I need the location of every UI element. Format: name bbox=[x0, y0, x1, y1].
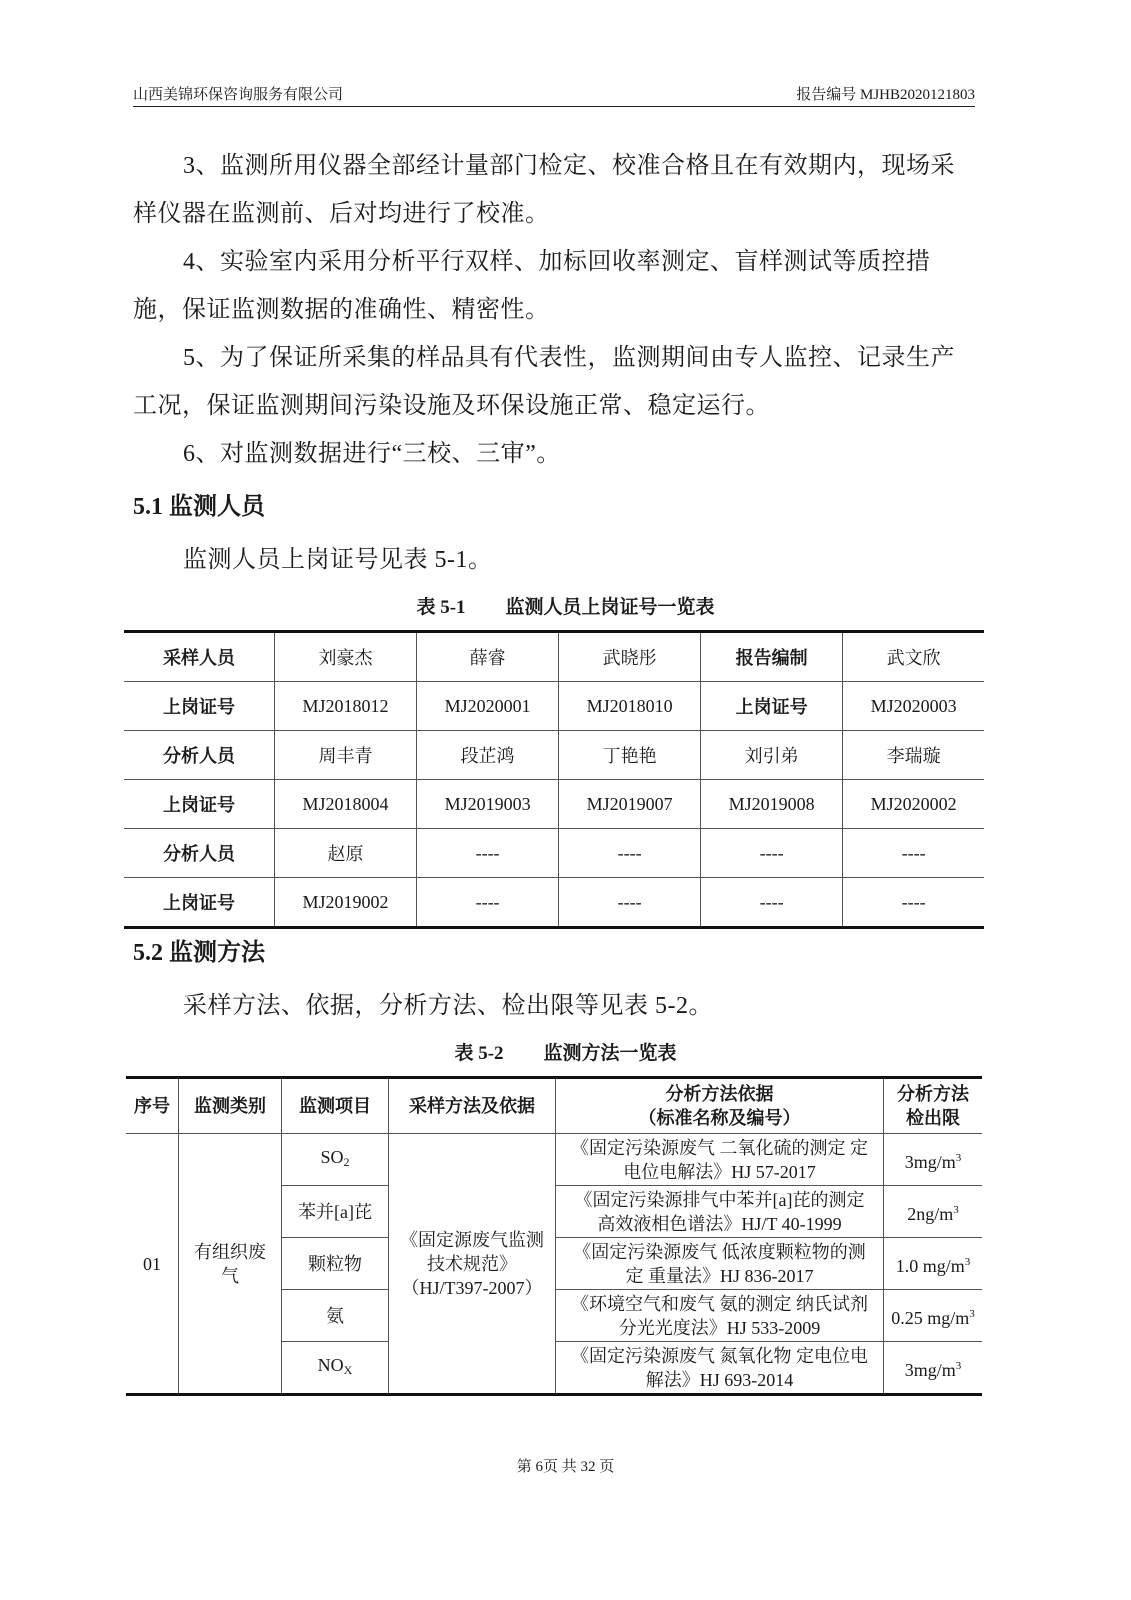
item-name: 颗粒物 bbox=[308, 1254, 362, 1274]
column-header-category: 监测类别 bbox=[179, 1078, 282, 1134]
paragraph-4: 4、实验室内采用分析平行双样、加标回收率测定、盲样测试等质控措施，保证监测数据的… bbox=[133, 238, 978, 334]
table-cell: MJ2018004 bbox=[275, 780, 417, 829]
item-cell: 氨 bbox=[282, 1290, 389, 1342]
report-number: 报告编号 MJHB2020121803 bbox=[796, 83, 975, 104]
paragraph-6: 6、对监测数据进行“三校、三审”。 bbox=[133, 430, 978, 478]
limit-superscript: 3 bbox=[969, 1308, 975, 1320]
column-header-seq: 序号 bbox=[126, 1078, 179, 1134]
table-cell: 上岗证号 bbox=[124, 682, 275, 731]
table-cell: 武晓彤 bbox=[559, 632, 701, 682]
table-cell: MJ2020001 bbox=[417, 682, 559, 731]
item-subscript: 2 bbox=[344, 1155, 350, 1169]
column-header-item: 监测项目 bbox=[282, 1078, 389, 1134]
table-5-2-caption: 表 5-2监测方法一览表 bbox=[0, 1038, 1131, 1065]
limit-superscript: 3 bbox=[956, 1360, 962, 1372]
item-subscript: X bbox=[344, 1363, 353, 1377]
table-cell: 武文欣 bbox=[843, 632, 984, 682]
page-footer: 第 6页 共 32 页 bbox=[0, 1455, 1131, 1476]
table-cell: MJ2018012 bbox=[275, 682, 417, 731]
limit-cell: 3mg/m3 bbox=[884, 1342, 983, 1395]
table-cell: 刘豪杰 bbox=[275, 632, 417, 682]
table-row: 01 有组织废气 SO2 《固定源废气监测技术规范》（HJ/T397-2007）… bbox=[126, 1134, 982, 1186]
item-cell: SO2 bbox=[282, 1134, 389, 1186]
table-number: 表 5-2 bbox=[454, 1043, 503, 1064]
table-cell: 薛睿 bbox=[417, 632, 559, 682]
table-cell: 上岗证号 bbox=[124, 780, 275, 829]
method-cell: 《固定污染源废气 二氧化硫的测定 定电位电解法》HJ 57-2017 bbox=[556, 1134, 884, 1186]
table-cell: ---- bbox=[417, 829, 559, 878]
table-number: 表 5-1 bbox=[416, 597, 465, 618]
limit-cell: 2ng/m3 bbox=[884, 1186, 983, 1238]
paragraph-5: 5、为了保证所采集的样品具有代表性，监测期间由专人监控、记录生产工况，保证监测期… bbox=[133, 334, 978, 430]
table-cell: MJ2019002 bbox=[275, 878, 417, 928]
table-cell: 李瑞璇 bbox=[843, 731, 984, 780]
table-cell: ---- bbox=[559, 829, 701, 878]
method-cell: 《环境空气和废气 氨的测定 纳氏试剂分光光度法》HJ 533-2009 bbox=[556, 1290, 884, 1342]
item-name: NO bbox=[318, 1355, 344, 1375]
table-cell: MJ2019003 bbox=[417, 780, 559, 829]
column-header-sampling: 采样方法及依据 bbox=[389, 1078, 556, 1134]
table-row: 上岗证号 MJ2018012 MJ2020001 MJ2018010 上岗证号 … bbox=[124, 682, 984, 731]
table-row: 上岗证号 MJ2019002 ---- ---- ---- ---- bbox=[124, 878, 984, 928]
item-name: 苯并[a]芘 bbox=[298, 1202, 372, 1222]
analysis-header-line2: （标准名称及编号） bbox=[557, 1106, 882, 1130]
table-cell: 段芷鸿 bbox=[417, 731, 559, 780]
table-cell: 周丰青 bbox=[275, 731, 417, 780]
table-cell: 采样人员 bbox=[124, 632, 275, 682]
table-cell: 报告编制 bbox=[701, 632, 843, 682]
method-cell: 《固定污染源排气中苯并[a]芘的测定 高效液相色谱法》HJ/T 40-1999 bbox=[556, 1186, 884, 1238]
item-name: SO bbox=[320, 1147, 343, 1167]
column-header-analysis: 分析方法依据 （标准名称及编号） bbox=[556, 1078, 884, 1134]
item-name: 氨 bbox=[326, 1306, 344, 1326]
method-cell: 《固定污染源废气 氮氧化物 定电位电解法》HJ 693-2014 bbox=[556, 1342, 884, 1395]
table-cell: MJ2019007 bbox=[559, 780, 701, 829]
column-header-limit: 分析方法 检出限 bbox=[884, 1078, 983, 1134]
limit-superscript: 3 bbox=[953, 1204, 959, 1216]
table-cell: ---- bbox=[417, 878, 559, 928]
limit-value: 3mg/m bbox=[905, 1152, 956, 1172]
table-cell: ---- bbox=[559, 878, 701, 928]
table-cell: 丁艳艳 bbox=[559, 731, 701, 780]
item-cell: 苯并[a]芘 bbox=[282, 1186, 389, 1238]
table-row: 上岗证号 MJ2018004 MJ2019003 MJ2019007 MJ201… bbox=[124, 780, 984, 829]
methods-table: 序号 监测类别 监测项目 采样方法及依据 分析方法依据 （标准名称及编号） 分析… bbox=[126, 1076, 982, 1396]
table-header-row: 序号 监测类别 监测项目 采样方法及依据 分析方法依据 （标准名称及编号） 分析… bbox=[126, 1078, 982, 1134]
limit-header-line1: 分析方法 bbox=[885, 1082, 981, 1106]
table-cell: 上岗证号 bbox=[701, 682, 843, 731]
section-heading-5-1: 5.1 监测人员 bbox=[133, 486, 265, 521]
limit-value: 3mg/m bbox=[905, 1360, 956, 1380]
table-cell: MJ2018010 bbox=[559, 682, 701, 731]
table-title: 监测方法一览表 bbox=[544, 1043, 677, 1064]
method-cell: 《固定污染源废气 低浓度颗粒物的测定 重量法》HJ 836-2017 bbox=[556, 1238, 884, 1290]
category-cell: 有组织废气 bbox=[179, 1134, 282, 1395]
limit-cell: 0.25 mg/m3 bbox=[884, 1290, 983, 1342]
limit-superscript: 3 bbox=[965, 1256, 971, 1268]
table-title: 监测人员上岗证号一览表 bbox=[506, 597, 715, 618]
table-cell: MJ2020003 bbox=[843, 682, 984, 731]
table-5-1-caption: 表 5-1监测人员上岗证号一览表 bbox=[0, 592, 1131, 619]
table-cell: 分析人员 bbox=[124, 829, 275, 878]
limit-header-line2: 检出限 bbox=[885, 1106, 981, 1130]
table-cell: ---- bbox=[701, 878, 843, 928]
table-cell: ---- bbox=[843, 878, 984, 928]
page-header: 山西美锦环保咨询服务有限公司 报告编号 MJHB2020121803 bbox=[133, 78, 975, 107]
limit-value: 1.0 mg/m bbox=[896, 1256, 965, 1276]
section-5-1-intro: 监测人员上岗证号见表 5-1。 bbox=[133, 536, 978, 584]
limit-superscript: 3 bbox=[956, 1152, 962, 1164]
paragraph-3: 3、监测所用仪器全部经计量部门检定、校准合格且在有效期内，现场采样仪器在监测前、… bbox=[133, 142, 978, 238]
limit-cell: 1.0 mg/m3 bbox=[884, 1238, 983, 1290]
table-cell: 分析人员 bbox=[124, 731, 275, 780]
limit-cell: 3mg/m3 bbox=[884, 1134, 983, 1186]
table-cell: 刘引弟 bbox=[701, 731, 843, 780]
analysis-header-line1: 分析方法依据 bbox=[557, 1082, 882, 1106]
table-row: 分析人员 赵原 ---- ---- ---- ---- bbox=[124, 829, 984, 878]
seq-cell: 01 bbox=[126, 1134, 179, 1395]
limit-value: 2ng/m bbox=[907, 1204, 953, 1224]
personnel-table: 采样人员 刘豪杰 薛睿 武晓彤 报告编制 武文欣 上岗证号 MJ2018012 … bbox=[124, 630, 984, 929]
item-cell: 颗粒物 bbox=[282, 1238, 389, 1290]
table-row: 采样人员 刘豪杰 薛睿 武晓彤 报告编制 武文欣 bbox=[124, 632, 984, 682]
table-cell: 上岗证号 bbox=[124, 878, 275, 928]
table-cell: ---- bbox=[701, 829, 843, 878]
table-cell: MJ2019008 bbox=[701, 780, 843, 829]
table-cell: 赵原 bbox=[275, 829, 417, 878]
company-name: 山西美锦环保咨询服务有限公司 bbox=[133, 83, 343, 104]
sampling-cell: 《固定源废气监测技术规范》（HJ/T397-2007） bbox=[389, 1134, 556, 1395]
table-cell: ---- bbox=[843, 829, 984, 878]
limit-value: 0.25 mg/m bbox=[891, 1308, 969, 1328]
section-5-2-intro: 采样方法、依据，分析方法、检出限等见表 5-2。 bbox=[133, 982, 978, 1030]
item-cell: NOX bbox=[282, 1342, 389, 1395]
table-cell: MJ2020002 bbox=[843, 780, 984, 829]
section-heading-5-2: 5.2 监测方法 bbox=[133, 932, 265, 967]
table-row: 分析人员 周丰青 段芷鸿 丁艳艳 刘引弟 李瑞璇 bbox=[124, 731, 984, 780]
